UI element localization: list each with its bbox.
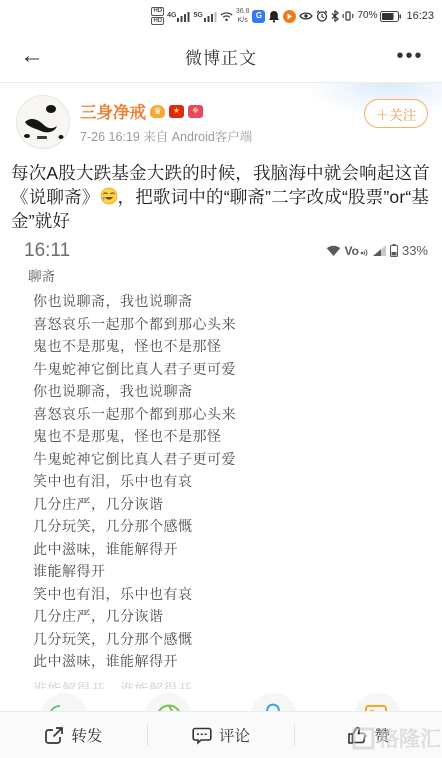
user-info: 三身净戒 ♛ ★ ❖ 7-26 16:19 来自 Android客户端 — [80, 95, 252, 149]
media-play-icon — [283, 10, 296, 23]
vip-crown-icon: ♛ — [150, 105, 165, 118]
user-card: 三身净戒 ♛ ★ ❖ 7-26 16:19 来自 Android客户端 ＋关注 — [0, 83, 442, 155]
lyrics-line: 几分庄严，几分诙谐 — [33, 605, 442, 628]
screenshot-status-bar: 16:11 Vo 33% — [0, 238, 442, 262]
clock-time: 16:23 — [406, 11, 434, 22]
user-name[interactable]: 三身净戒 — [80, 99, 146, 123]
network-speed: 36.8 K/s — [236, 8, 250, 24]
lyrics-line: 你也说聊斋，我也说聊斋 — [33, 290, 442, 313]
post-meta: 7-26 16:19 来自 Android客户端 — [80, 127, 252, 145]
lyrics-line: 此中滋味，谁能解得开 — [33, 650, 442, 673]
lyrics-line: 几分庄严，几分诙谐 — [33, 493, 442, 516]
battery-icon — [380, 11, 401, 22]
volte-icon: Vo — [345, 244, 369, 258]
screenshot-battery-percent: 33% — [402, 243, 428, 258]
lyrics-line: 此中滋味，谁能解得开 — [33, 538, 442, 561]
lyrics-line: 笑中也有泪，乐中也有哀 — [33, 583, 442, 606]
eye-protect-icon — [299, 11, 313, 21]
lyrics-line: 谁能解得开 — [33, 560, 442, 583]
signal-4g-icon: 4G — [167, 11, 190, 22]
wifi-icon — [220, 11, 233, 22]
lyrics-line: 牛鬼蛇神它倒比真人君子更可爱 — [33, 358, 442, 381]
firecracker-icon: ❖ — [188, 105, 203, 118]
signal-5g-icon: 5G — [193, 11, 216, 22]
like-label: 赞 — [374, 724, 390, 746]
lyrics-line: 几分玩笑，几分那个感慨 — [33, 515, 442, 538]
comment-label: 评论 — [219, 724, 250, 746]
page-title: 微博正文 — [185, 44, 257, 69]
china-flag-icon: ★ — [169, 105, 184, 118]
screenshot-battery-icon — [390, 244, 398, 257]
laugh-cry-emoji-icon — [100, 187, 118, 205]
screenshot-time: 16:11 — [24, 240, 70, 262]
repost-button[interactable]: 转发 — [0, 724, 147, 746]
repost-icon — [44, 726, 64, 745]
alarm-icon — [316, 10, 328, 22]
lyrics-line: 牛鬼蛇神它倒比真人君子更可爱 — [33, 448, 442, 471]
battery-percent: 70% — [357, 11, 377, 21]
screenshot-signal-icon — [373, 245, 386, 256]
lyrics-line: 几分玩笑，几分那个感慨 — [33, 628, 442, 651]
notification-app-icon: G — [252, 10, 265, 23]
lyrics-faded-line: 谁能解得开 谁能解得开 — [33, 678, 442, 689]
like-button[interactable]: 赞 — [295, 724, 442, 746]
lyrics-line: 喜怒哀乐一起那个都到那心头来 — [33, 313, 442, 336]
back-icon[interactable]: ← — [14, 38, 50, 74]
nav-bar: ← 微博正文 ••• — [0, 30, 442, 83]
lyrics-line: 你也说聊斋，我也说聊斋 — [33, 380, 442, 403]
lyrics-line: 鬼也不是那鬼，怪也不是那怪 — [33, 335, 442, 358]
comment-icon — [192, 726, 212, 745]
bluetooth-icon — [331, 10, 339, 22]
lyrics-line: 鬼也不是那鬼，怪也不是那怪 — [33, 425, 442, 448]
more-menu-icon[interactable]: ••• — [390, 38, 430, 74]
avatar[interactable] — [16, 95, 70, 149]
hd-voice-icon: HD HD — [151, 7, 164, 25]
vibrate-icon — [342, 10, 354, 22]
like-icon — [347, 725, 367, 745]
repost-label: 转发 — [71, 724, 102, 746]
lyrics-line: 喜怒哀乐一起那个都到那心头来 — [33, 403, 442, 426]
bottom-action-bar: 转发 评论 赞 — [0, 711, 442, 758]
lyrics-title: 聊斋 — [28, 265, 442, 285]
lyrics-list: 你也说聊斋，我也说聊斋喜怒哀乐一起那个都到那心头来鬼也不是那鬼，怪也不是那怪牛鬼… — [33, 290, 442, 673]
comment-button[interactable]: 评论 — [148, 724, 295, 746]
lyrics-line: 笑中也有泪，乐中也有哀 — [33, 470, 442, 493]
post-text: 每次A股大跌基金大跌的时候，我脑海中就会响起这首《说聊斋》，把歌词中的“聊斋”二… — [0, 155, 442, 235]
bell-icon — [268, 10, 280, 23]
screenshot-wifi-icon — [326, 245, 341, 257]
follow-button[interactable]: ＋关注 — [364, 99, 428, 128]
status-bar: HD HD 4G 5G 36.8 K/s G 70% 16:23 — [0, 0, 442, 30]
embedded-screenshot-image[interactable]: 16:11 Vo 33% 聊斋 你也说聊斋，我也说聊斋喜怒哀乐一起那个都到那心头… — [0, 235, 442, 689]
